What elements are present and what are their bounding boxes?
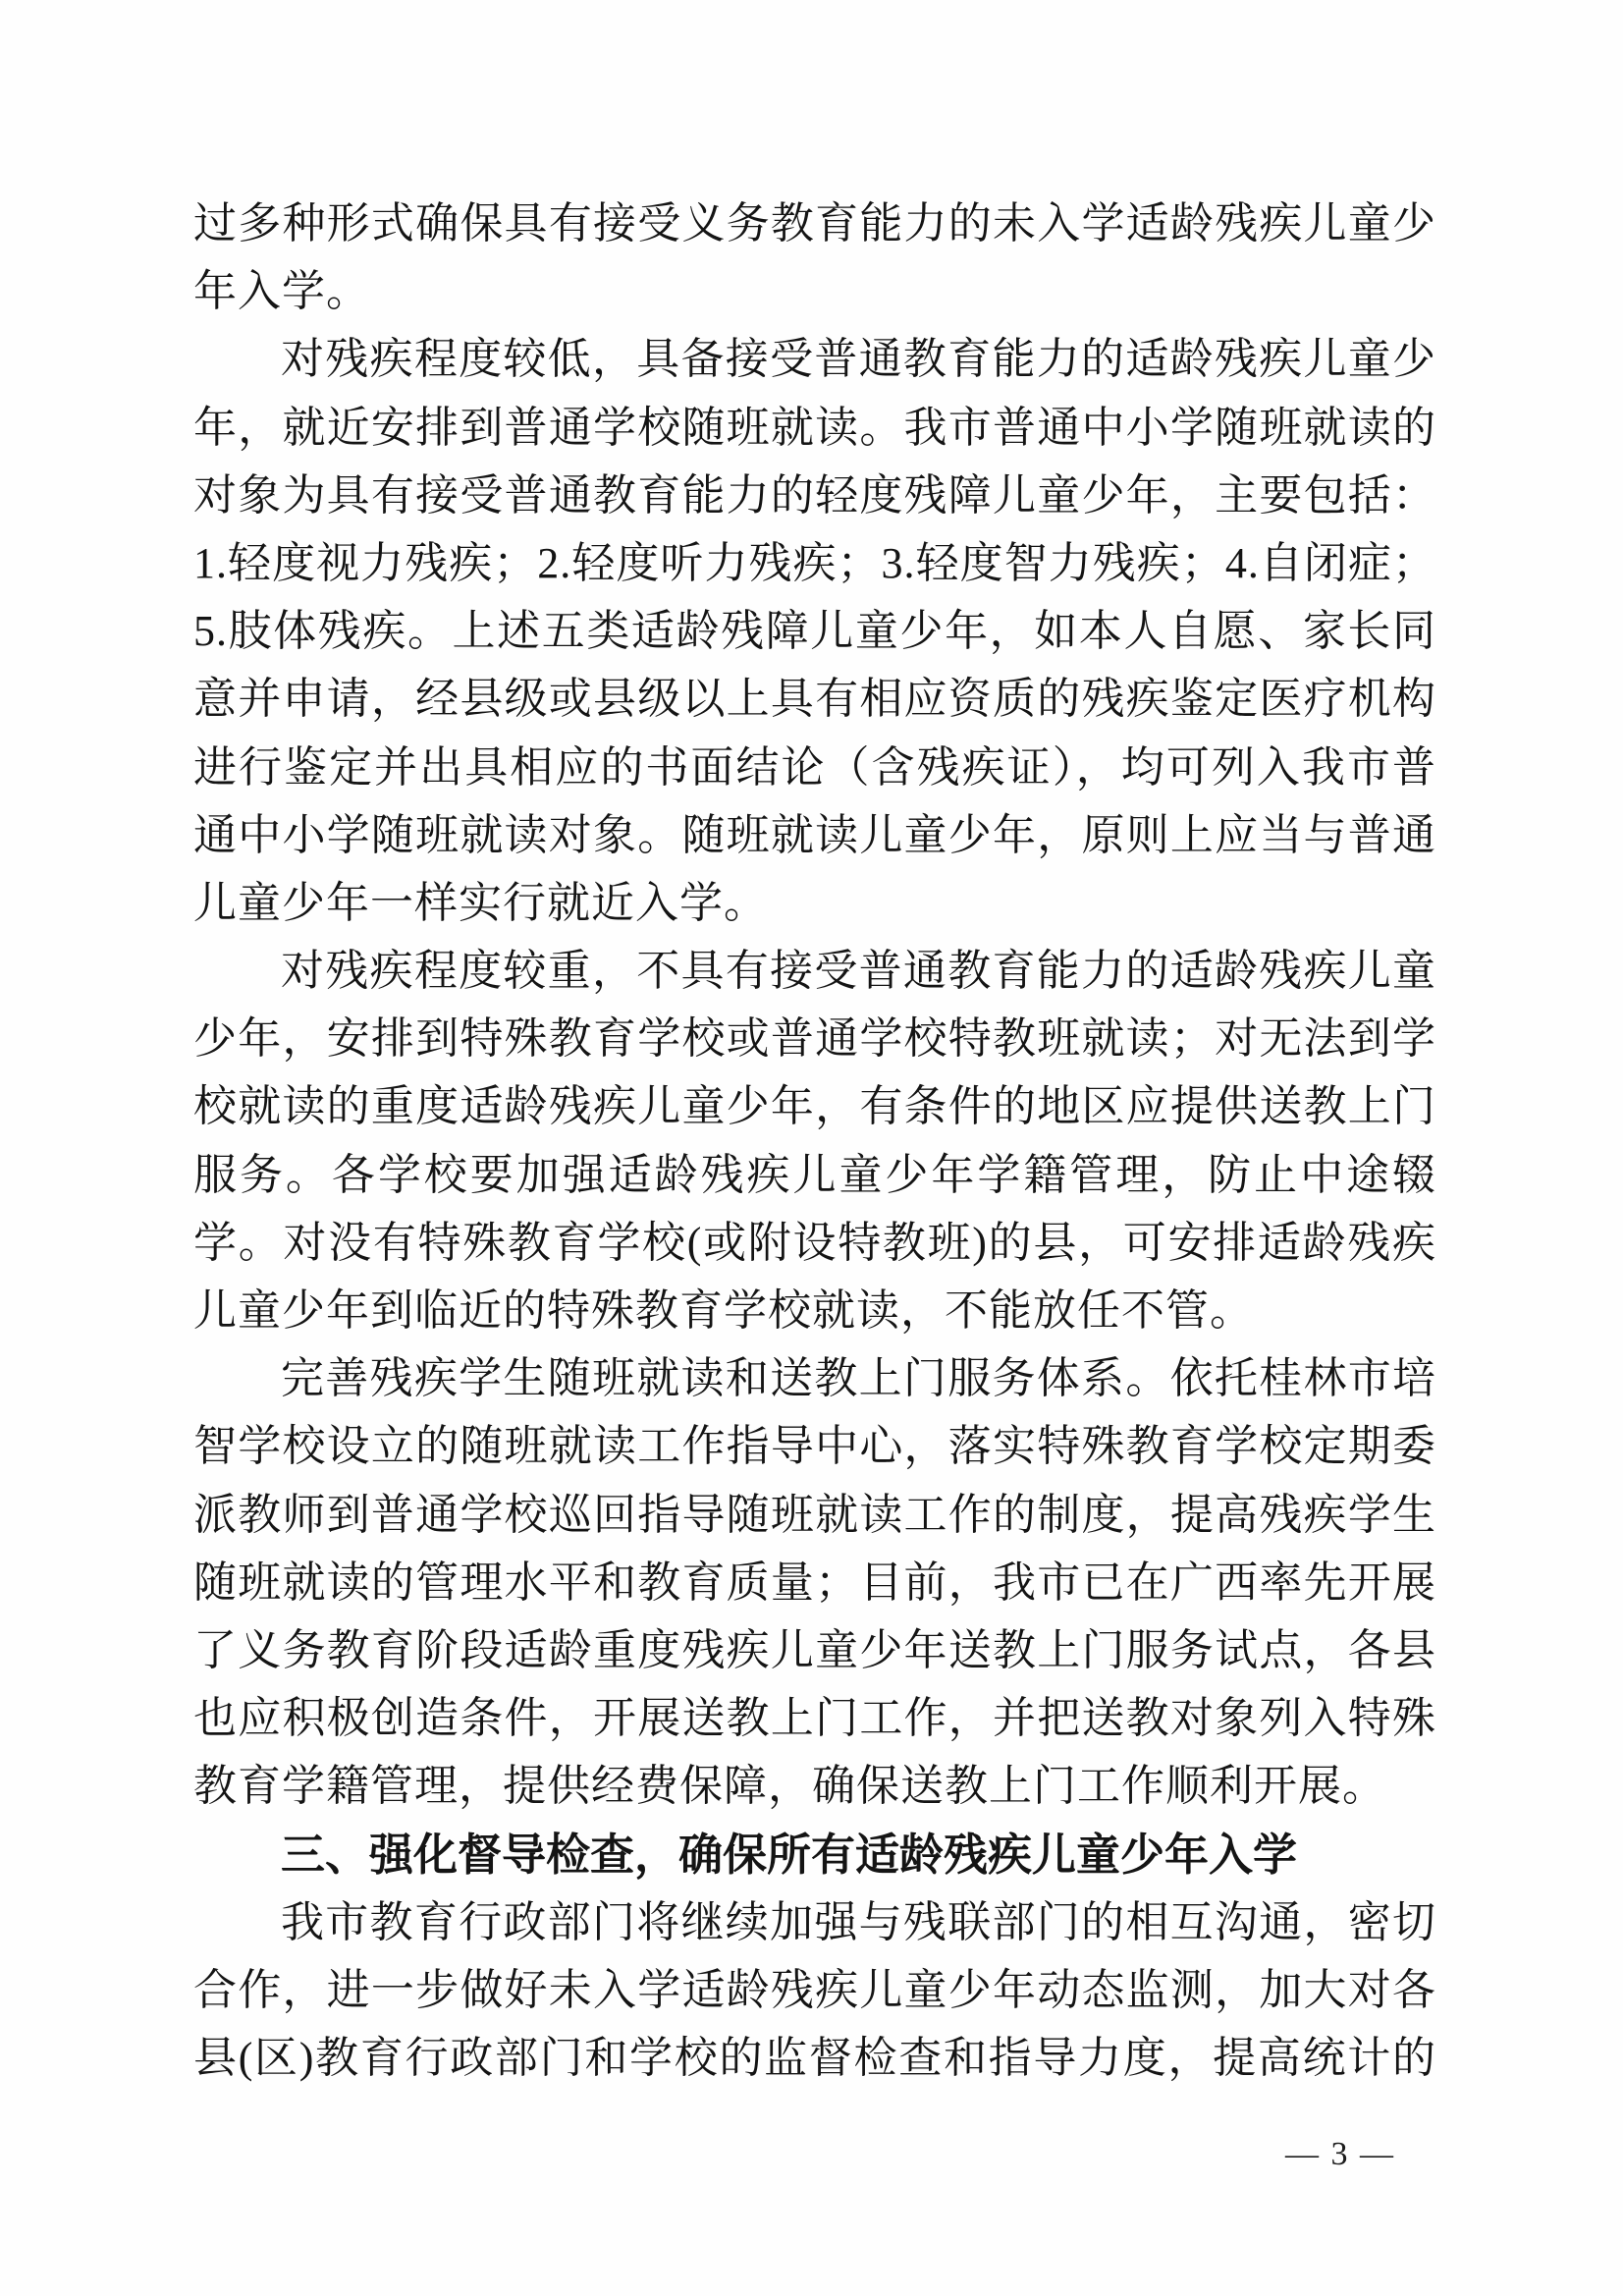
text-line: 了义务教育阶段适龄重度残疾儿童少年送教上门服务试点，各县 — [193, 1616, 1436, 1684]
text-line: 儿童少年到临近的特殊教育学校就读，不能放任不管。 — [193, 1277, 1436, 1344]
text-line: 完善残疾学生随班就读和送教上门服务体系。依托桂林市培 — [193, 1344, 1436, 1412]
text-line: 意并申请，经县级或县级以上具有相应资质的残疾鉴定医疗机构 — [193, 665, 1436, 733]
text-line: 少年，安排到特殊教育学校或普通学校特教班就读；对无法到学 — [193, 1005, 1436, 1072]
text-line: 儿童少年一样实行就近入学。 — [193, 869, 1436, 937]
text-block: 过多种形式确保具有接受义务教育能力的未入学适龄残疾儿童少 年入学。 对残疾程度较… — [193, 190, 1436, 2092]
section-heading: 三、强化督导检查，确保所有适龄残疾儿童少年入学 — [193, 1821, 1436, 1888]
page-number: — 3 — — [1276, 2133, 1404, 2176]
text-line: 智学校设立的随班就读工作指导中心，落实特殊教育学校定期委 — [193, 1412, 1436, 1480]
text-line: 随班就读的管理水平和教育质量；目前，我市已在广西率先开展 — [193, 1549, 1436, 1616]
text-line: 县(区)教育行政部门和学校的监督检查和指导力度，提高统计的 — [193, 2024, 1436, 2092]
text-line: 1.轻度视力残疾；2.轻度听力残疾；3.轻度智力残疾；4.自闭症； — [193, 529, 1436, 597]
text-line: 也应积极创造条件，开展送教上门工作，并把送教对象列入特殊 — [193, 1684, 1436, 1752]
text-line: 校就读的重度适龄残疾儿童少年，有条件的地区应提供送教上门 — [193, 1072, 1436, 1140]
document-page: 过多种形式确保具有接受义务教育能力的未入学适龄残疾儿童少 年入学。 对残疾程度较… — [0, 0, 1623, 2296]
text-line: 服务。各学校要加强适龄残疾儿童少年学籍管理，防止中途辍 — [193, 1141, 1436, 1209]
text-line: 对象为具有接受普通教育能力的轻度残障儿童少年，主要包括： — [193, 462, 1436, 529]
text-line: 合作，进一步做好未入学适龄残疾儿童少年动态监测，加大对各 — [193, 1956, 1436, 2024]
text-line: 年入学。 — [193, 257, 1436, 325]
text-line: 派教师到普通学校巡回指导随班就读工作的制度，提高残疾学生 — [193, 1481, 1436, 1549]
text-line: 进行鉴定并出具相应的书面结论（含残疾证），均可列入我市普 — [193, 734, 1436, 801]
text-line: 我市教育行政部门将继续加强与残联部门的相互沟通，密切 — [193, 1888, 1436, 1956]
text-line: 对残疾程度较重，不具有接受普通教育能力的适龄残疾儿童 — [193, 937, 1436, 1005]
text-line: 通中小学随班就读对象。随班就读儿童少年，原则上应当与普通 — [193, 801, 1436, 869]
text-line: 5.肢体残疾。上述五类适龄残障儿童少年，如本人自愿、家长同 — [193, 597, 1436, 665]
text-line: 过多种形式确保具有接受义务教育能力的未入学适龄残疾儿童少 — [193, 190, 1436, 257]
text-line: 学。对没有特殊教育学校(或附设特教班)的县，可安排适龄残疾 — [193, 1209, 1436, 1277]
text-line: 教育学籍管理，提供经费保障，确保送教上门工作顺利开展。 — [193, 1752, 1436, 1820]
text-line: 对残疾程度较低，具备接受普通教育能力的适龄残疾儿童少 — [193, 325, 1436, 393]
text-line: 年，就近安排到普通学校随班就读。我市普通中小学随班就读的 — [193, 394, 1436, 462]
